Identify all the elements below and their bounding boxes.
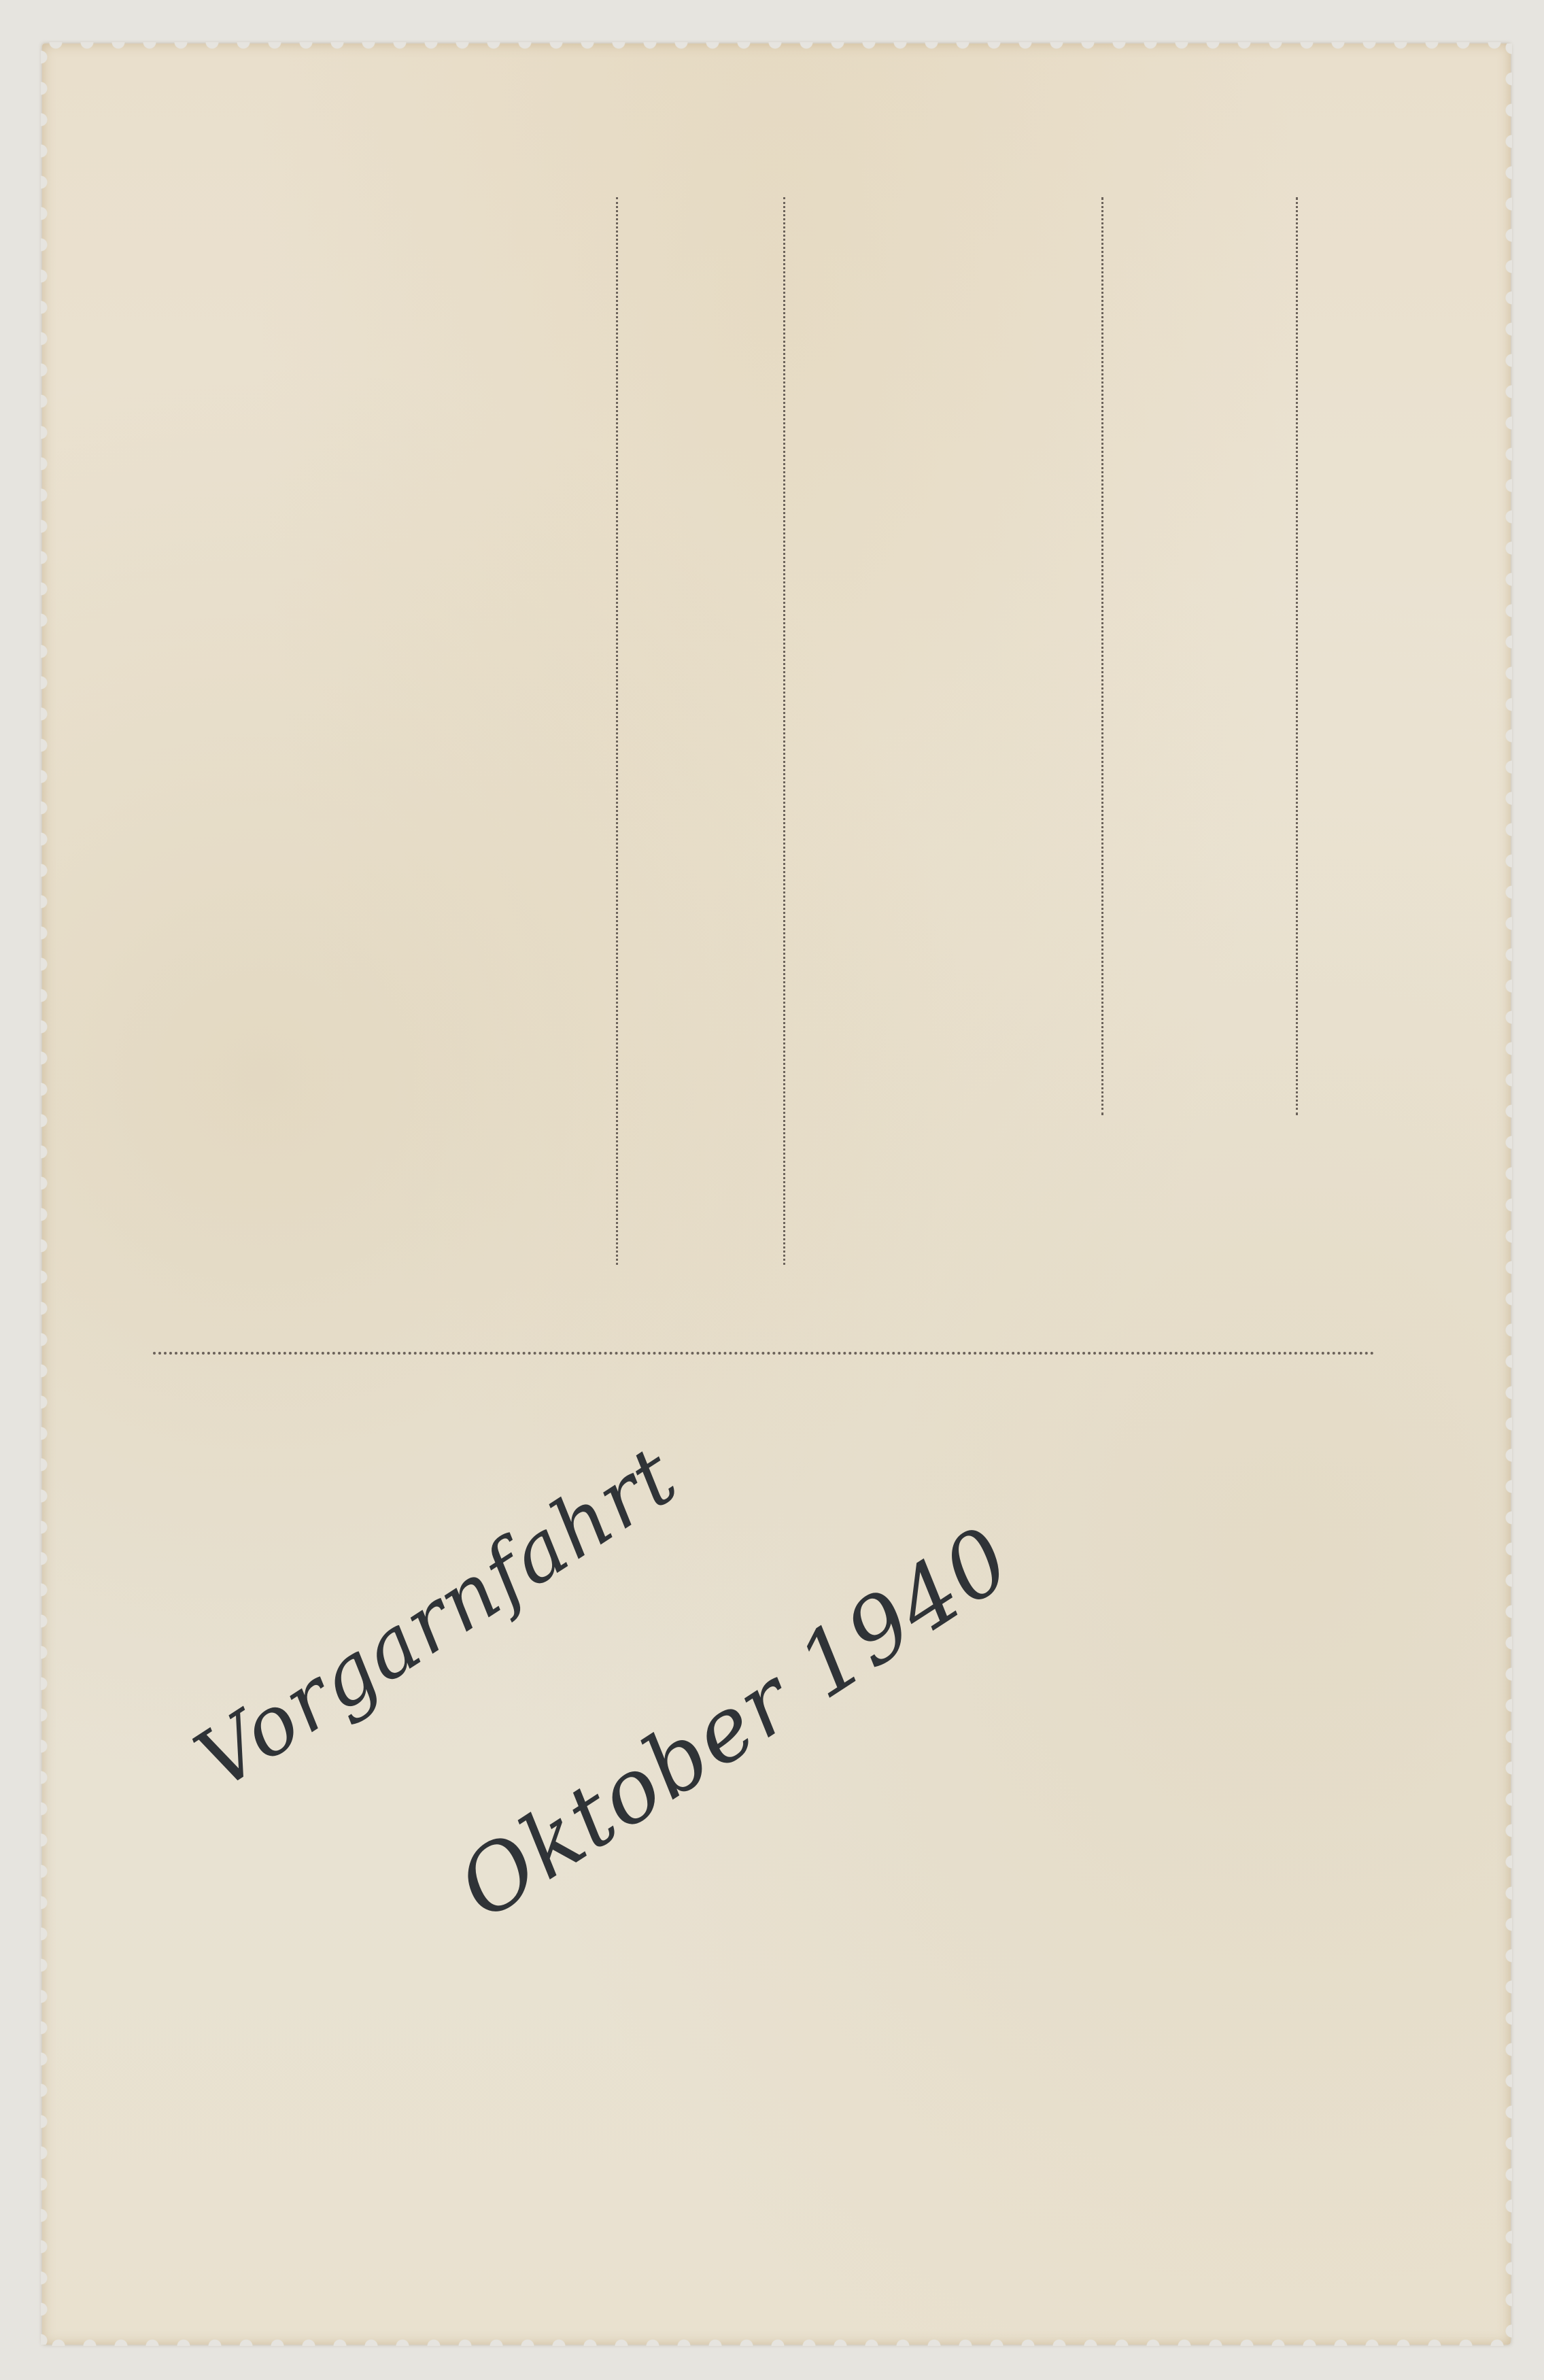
deckled-edge-left bbox=[41, 44, 50, 2345]
stamp-divider-line-2 bbox=[783, 197, 785, 1265]
stamp-divider-line-3 bbox=[1101, 197, 1103, 1115]
stamp-divider-line-4 bbox=[1296, 197, 1298, 1115]
postcard-back bbox=[42, 44, 1511, 2345]
stamp-divider-line-1 bbox=[616, 197, 618, 1265]
deckled-edge-bottom bbox=[42, 2336, 1511, 2346]
deckled-edge-top bbox=[42, 42, 1511, 52]
horizontal-divider-line bbox=[153, 1352, 1375, 1355]
deckled-edge-right bbox=[1503, 44, 1512, 2345]
